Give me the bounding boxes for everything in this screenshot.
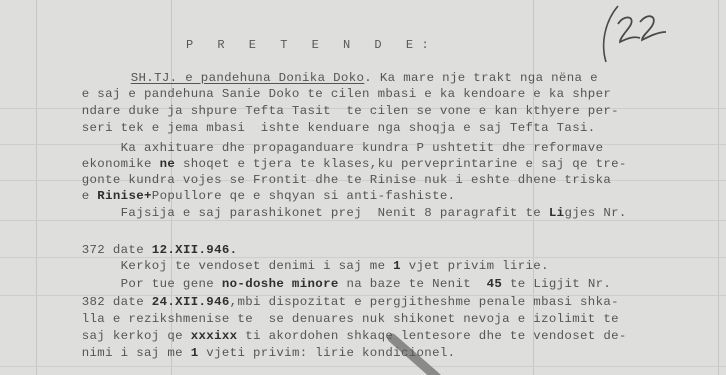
text-segment: 1 — [191, 346, 199, 360]
text-segment: Li — [549, 206, 565, 220]
handwritten-page-number — [596, 2, 676, 66]
text-line: nimi i saj me 1 vjeti privim: lirie kond… — [35, 332, 455, 374]
document-title: P R E T E N D E: — [186, 38, 437, 52]
typed-text: P R E T E N D E: SH.TJ. e pandehuna Doni… — [0, 0, 31, 280]
text-line: Fajsija e saj parashikonet prej Nenit 8 … — [35, 192, 627, 234]
text-segment: nimi i saj me — [82, 346, 191, 360]
text-segment: vjeti privim: lirie kondicionel. — [199, 346, 456, 360]
text-segment: Fajsija e saj parashikonet prej Nenit 8 … — [82, 206, 549, 220]
grid-rule — [718, 0, 719, 375]
text-segment: gjes Nr. — [564, 206, 626, 220]
document-page: P R E T E N D E: SH.TJ. e pandehuna Doni… — [0, 0, 726, 375]
